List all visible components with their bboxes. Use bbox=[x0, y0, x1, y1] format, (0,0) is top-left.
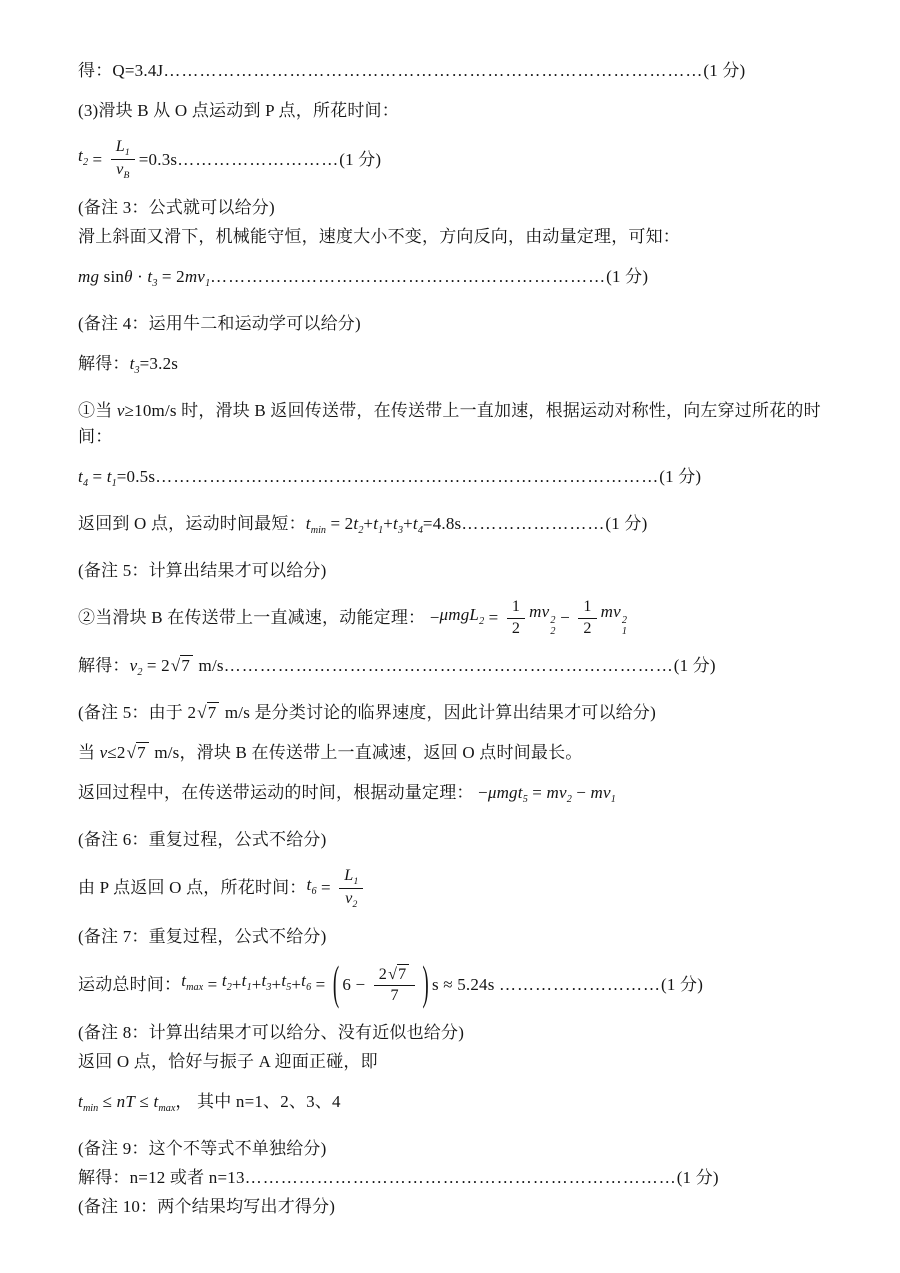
square-root: √7 bbox=[171, 655, 193, 676]
text-run: (备注 6：重复过程，公式不给分) bbox=[78, 830, 326, 849]
text-run: 当 bbox=[78, 743, 100, 762]
math-var: tmax bbox=[153, 1092, 175, 1111]
text-run: 运动总时间： bbox=[78, 972, 181, 998]
document-line: (备注 6：重复过程，公式不给分) bbox=[78, 827, 848, 853]
math-supsub: 21 bbox=[622, 616, 627, 637]
math-var: t1 bbox=[107, 467, 117, 486]
fraction-numerator: 1 bbox=[507, 598, 525, 619]
text-run: + bbox=[383, 514, 393, 533]
fraction: 12 bbox=[507, 598, 525, 638]
math-var: tmin bbox=[306, 514, 326, 533]
text-run: (1 分) bbox=[606, 267, 648, 286]
text-run: 6 − bbox=[342, 972, 369, 998]
document-page: 得：Q=3.4J………………………………………………………………………………(1… bbox=[0, 0, 900, 1273]
square-root: √7 bbox=[388, 964, 409, 984]
radicand: 7 bbox=[180, 655, 193, 676]
math-var: mv22 bbox=[529, 599, 556, 637]
math-var-base: v bbox=[117, 401, 125, 420]
math-sub: 1 bbox=[622, 627, 627, 638]
document-line: (备注 7：重复过程，公式不给分) bbox=[78, 924, 848, 950]
radical-sign-icon: √ bbox=[197, 704, 207, 721]
document-line: t4 = t1=0.5s…………………………………………………………………………… bbox=[78, 464, 848, 497]
radical-sign-icon: √ bbox=[388, 967, 397, 983]
document-line: 滑上斜面又滑下，机械能守恒，速度大小不变，方向反向，由动量定理，可知： bbox=[78, 224, 848, 250]
text-run: 解得：n=12 或者 n=13 bbox=[78, 1168, 245, 1187]
text-run: 1 bbox=[583, 598, 591, 617]
math-sub: 1 bbox=[611, 794, 616, 805]
text-run: = bbox=[88, 147, 107, 173]
document-line: 解得：t3=3.2s bbox=[78, 351, 848, 384]
math-var: t1 bbox=[242, 968, 252, 1001]
big-paren: ) bbox=[422, 961, 429, 1009]
text-run: ≤ bbox=[135, 1092, 153, 1111]
math-var: t2 bbox=[222, 968, 232, 1001]
fraction: 12 bbox=[578, 598, 596, 638]
text-run: (1 分) bbox=[703, 61, 745, 80]
text-run: =4.8s bbox=[423, 514, 461, 533]
math-var: t2 bbox=[78, 143, 88, 176]
math-var: L1 bbox=[344, 867, 358, 887]
text-run: (备注 4：运用牛二和运动学可以给分) bbox=[78, 314, 361, 333]
document-line: tmin ≤ nT ≤ tmax， 其中 n=1、2、3、4 bbox=[78, 1089, 848, 1122]
radical-sign-icon: √ bbox=[171, 657, 181, 674]
text-run: 7 bbox=[390, 987, 398, 1006]
text-run: 返回到 O 点，运动时间最短： bbox=[78, 514, 306, 533]
square-root: √7 bbox=[127, 742, 149, 763]
document-line: 当 v≤2√7 m/s，滑块 B 在传送带上一直减速，返回 O 点时间最长。 bbox=[78, 740, 848, 766]
math-var: t3 bbox=[393, 514, 403, 533]
text-run: (备注 7：重复过程，公式不给分) bbox=[78, 927, 326, 946]
math-var: t3 bbox=[261, 968, 271, 1001]
document-body: 得：Q=3.4J………………………………………………………………………………(1… bbox=[78, 58, 848, 1220]
text-run: = bbox=[484, 605, 503, 631]
document-line: 解得：n=12 或者 n=13………………………………………………………………(… bbox=[78, 1165, 848, 1191]
fraction-denominator: 2 bbox=[512, 619, 520, 639]
math-sub: min bbox=[83, 1103, 98, 1114]
fraction-denominator: v2 bbox=[345, 889, 357, 910]
radicand: 7 bbox=[136, 742, 149, 763]
text-run: sin bbox=[99, 267, 124, 286]
fraction: L1vB bbox=[111, 138, 135, 181]
dotted-leader: ……………………………………………………………………………… bbox=[163, 61, 703, 80]
math-var: t5 bbox=[281, 968, 291, 1001]
dotted-leader: ………………………………………………………………………… bbox=[155, 467, 659, 486]
math-var: tmin bbox=[78, 1092, 98, 1111]
document-line: ①当 v≥10m/s 时，滑块 B 返回传送带，在传送带上一直加速，根据运动对称… bbox=[78, 398, 848, 450]
fraction-denominator: vB bbox=[116, 160, 129, 181]
document-line: 运动总时间：tmax = t2+t1+t3+t5+t6 = (6 − 2√77)… bbox=[78, 964, 848, 1006]
text-run: + bbox=[272, 972, 282, 998]
text-run: (备注 5：计算出结果才可以给分) bbox=[78, 561, 326, 580]
text-run: (3)滑块 B 从 O 点运动到 P 点，所花时间： bbox=[78, 101, 399, 120]
document-line: 解得：v2 = 2√7 m/s…………………………………………………………………… bbox=[78, 653, 848, 686]
math-var: θ bbox=[124, 267, 133, 286]
text-run: + bbox=[403, 514, 413, 533]
document-line: (备注 8：计算出结果才可以给分、没有近似也给分) bbox=[78, 1020, 848, 1046]
text-run: · bbox=[133, 267, 148, 286]
text-run: = bbox=[203, 972, 222, 998]
text-run: 由 P 点返回 O 点，所花时间： bbox=[78, 875, 307, 901]
math-var: t6 bbox=[301, 968, 311, 1001]
text-run: 得：Q=3.4J bbox=[78, 61, 163, 80]
math-var: μmgt5 bbox=[488, 783, 528, 802]
text-run: ≤ bbox=[98, 1092, 116, 1111]
text-run: m/s，滑块 B 在传送带上一直减速，返回 O 点时间最长。 bbox=[150, 743, 583, 762]
math-var: mv1 bbox=[590, 783, 615, 802]
text-run: + bbox=[363, 514, 373, 533]
radicand: 7 bbox=[397, 964, 409, 984]
document-line: (备注 4：运用牛二和运动学可以给分) bbox=[78, 311, 848, 337]
document-line: (备注 5：由于 2√7 m/s 是分类讨论的临界速度，因此计算出结果才可以给分… bbox=[78, 700, 848, 726]
math-var: mv1 bbox=[185, 267, 210, 286]
text-run: (备注 5：由于 2 bbox=[78, 703, 196, 722]
text-run: 滑上斜面又滑下，机械能守恒，速度大小不变，方向反向，由动量定理，可知： bbox=[78, 227, 680, 246]
text-run: s ≈ 5.24s bbox=[432, 972, 499, 998]
math-var-base: mg bbox=[78, 267, 99, 286]
text-run: = 2 bbox=[142, 656, 169, 675]
text-run: m/s bbox=[194, 656, 224, 675]
math-var: t1 bbox=[373, 514, 383, 533]
text-run: ≤2 bbox=[107, 743, 125, 762]
dotted-leader: …………………… bbox=[461, 514, 605, 533]
math-var-base: μmgL bbox=[439, 605, 479, 624]
big-paren: ( bbox=[333, 961, 340, 1009]
text-run: 返回过程中，在传送带运动的时间，根据动量定理： − bbox=[78, 783, 488, 802]
dotted-leader: ……………………… bbox=[177, 147, 339, 173]
math-var-base: mv bbox=[185, 267, 205, 286]
math-var: mv2 bbox=[546, 783, 571, 802]
math-var-base: mv bbox=[601, 602, 621, 621]
text-run: (1 分) bbox=[674, 656, 716, 675]
math-sub: 1 bbox=[125, 147, 130, 158]
document-line: (备注 10：两个结果均写出才得分) bbox=[78, 1194, 848, 1220]
fraction-numerator: 2√7 bbox=[374, 964, 416, 987]
document-line: (备注 3：公式就可以给分) bbox=[78, 195, 848, 221]
math-var: mv21 bbox=[601, 599, 628, 637]
text-run: = bbox=[317, 875, 336, 901]
dotted-leader: ………………………………………………………… bbox=[210, 267, 606, 286]
fraction-denominator: 7 bbox=[390, 986, 398, 1006]
text-run: ①当 bbox=[78, 401, 117, 420]
document-line: (备注 5：计算出结果才可以给分) bbox=[78, 558, 848, 584]
square-root: √7 bbox=[197, 702, 219, 723]
text-run: (备注 8：计算出结果才可以给分、没有近似也给分) bbox=[78, 1023, 464, 1042]
text-run: ， 其中 n=1、2、3、4 bbox=[175, 1092, 340, 1111]
dotted-leader: ……………………… bbox=[499, 972, 661, 998]
document-line: (备注 9：这个不等式不单独给分) bbox=[78, 1136, 848, 1162]
radicand: 7 bbox=[207, 702, 220, 723]
document-line: 返回到 O 点，运动时间最短：tmin = 2t2+t1+t3+t4=4.8s…… bbox=[78, 511, 848, 544]
document-line: ②当滑块 B 在传送带上一直减速，动能定理： −μmgL2 = 12mv22 −… bbox=[78, 598, 848, 638]
math-var: v2 bbox=[130, 656, 143, 675]
math-var: t3 bbox=[130, 354, 140, 373]
document-line: t2 = L1vB=0.3s………………………(1 分) bbox=[78, 138, 848, 181]
math-var: L1 bbox=[116, 138, 130, 158]
text-run: = bbox=[311, 972, 330, 998]
fraction-numerator: L1 bbox=[339, 867, 363, 889]
text-run: m/s 是分类讨论的临界速度，因此计算出结果才可以给分) bbox=[220, 703, 656, 722]
math-var: nT bbox=[117, 1092, 135, 1111]
text-run: 2 bbox=[379, 966, 387, 985]
document-line: mg sinθ · t3 = 2mv1………………………………………………………… bbox=[78, 264, 848, 297]
text-run: (1 分) bbox=[677, 1168, 719, 1187]
text-run: − bbox=[556, 605, 575, 631]
radical-sign-icon: √ bbox=[127, 744, 137, 761]
math-var-base: mv bbox=[590, 783, 610, 802]
text-run: =0.3s bbox=[139, 147, 177, 173]
math-var: μmgL2 bbox=[439, 602, 484, 635]
text-run: ②当滑块 B 在传送带上一直减速，动能定理： − bbox=[78, 605, 439, 631]
text-run: + bbox=[252, 972, 262, 998]
text-run: + bbox=[291, 972, 301, 998]
math-var: mg bbox=[78, 267, 99, 286]
text-run: 2 bbox=[583, 620, 591, 639]
math-var: v bbox=[117, 401, 125, 420]
math-sub: max bbox=[186, 982, 203, 993]
text-run: 返回 O 点，恰好与振子 A 迎面正碰，即 bbox=[78, 1052, 378, 1071]
math-var: t2 bbox=[353, 514, 363, 533]
fraction: L1v2 bbox=[339, 867, 363, 910]
document-line: 返回 O 点，恰好与振子 A 迎面正碰，即 bbox=[78, 1049, 848, 1075]
math-var-base: v bbox=[345, 890, 352, 907]
text-run: (备注 3：公式就可以给分) bbox=[78, 198, 275, 217]
text-run: (备注 9：这个不等式不单独给分) bbox=[78, 1139, 326, 1158]
text-run: (1 分) bbox=[339, 147, 381, 173]
text-run: 1 bbox=[512, 598, 520, 617]
text-run: 解得： bbox=[78, 354, 130, 373]
fraction-denominator: 2 bbox=[583, 619, 591, 639]
math-sub: max bbox=[158, 1103, 175, 1114]
document-line: (3)滑块 B 从 O 点运动到 P 点，所花时间： bbox=[78, 98, 848, 124]
math-var-base: mv bbox=[529, 602, 549, 621]
math-sub: min bbox=[311, 525, 326, 536]
math-sub: 2 bbox=[353, 899, 358, 910]
math-var: v2 bbox=[345, 890, 357, 910]
fraction-numerator: 1 bbox=[578, 598, 596, 619]
math-var-base: L bbox=[116, 138, 125, 155]
math-var-base: θ bbox=[124, 267, 133, 286]
text-run: ≥10m/s 时，滑块 B 返回传送带，在传送带上一直加速，根据运动对称性，向左… bbox=[78, 401, 821, 446]
math-var-base: nT bbox=[117, 1092, 135, 1111]
fraction-numerator: L1 bbox=[111, 138, 135, 160]
text-run: = 2 bbox=[326, 514, 353, 533]
text-run: = 2 bbox=[157, 267, 184, 286]
document-line: 得：Q=3.4J………………………………………………………………………………(1… bbox=[78, 58, 848, 84]
text-run: = bbox=[528, 783, 547, 802]
document-line: 由 P 点返回 O 点，所花时间：t6 = L1v2 bbox=[78, 867, 848, 910]
math-sub: 1 bbox=[353, 876, 358, 887]
text-run: − bbox=[572, 783, 591, 802]
text-run: =0.5s bbox=[117, 467, 155, 486]
text-run: (1 分) bbox=[605, 514, 647, 533]
math-var: t4 bbox=[78, 467, 88, 486]
fraction: 2√77 bbox=[374, 964, 416, 1006]
text-run: (1 分) bbox=[659, 467, 701, 486]
math-var-base: μmgt bbox=[488, 783, 523, 802]
text-run: =3.2s bbox=[140, 354, 178, 373]
math-var: vB bbox=[116, 161, 129, 181]
text-run: 2 bbox=[512, 620, 520, 639]
text-run: = bbox=[88, 467, 107, 486]
math-var: t6 bbox=[307, 872, 317, 905]
document-line: 返回过程中，在传送带运动的时间，根据动量定理： −μmgt5 = mv2 − m… bbox=[78, 780, 848, 813]
dotted-leader: ………………………………………………………………… bbox=[224, 656, 674, 675]
math-var: tmax bbox=[181, 968, 203, 1001]
math-var: t3 bbox=[147, 267, 157, 286]
math-var: t4 bbox=[413, 514, 423, 533]
text-run: + bbox=[232, 972, 242, 998]
math-var-base: mv bbox=[546, 783, 566, 802]
text-run: (1 分) bbox=[661, 972, 703, 998]
math-sub: B bbox=[123, 170, 129, 181]
text-run: (备注 10：两个结果均写出才得分) bbox=[78, 1197, 335, 1216]
dotted-leader: ……………………………………………………………… bbox=[245, 1168, 677, 1187]
text-run: 解得： bbox=[78, 656, 130, 675]
